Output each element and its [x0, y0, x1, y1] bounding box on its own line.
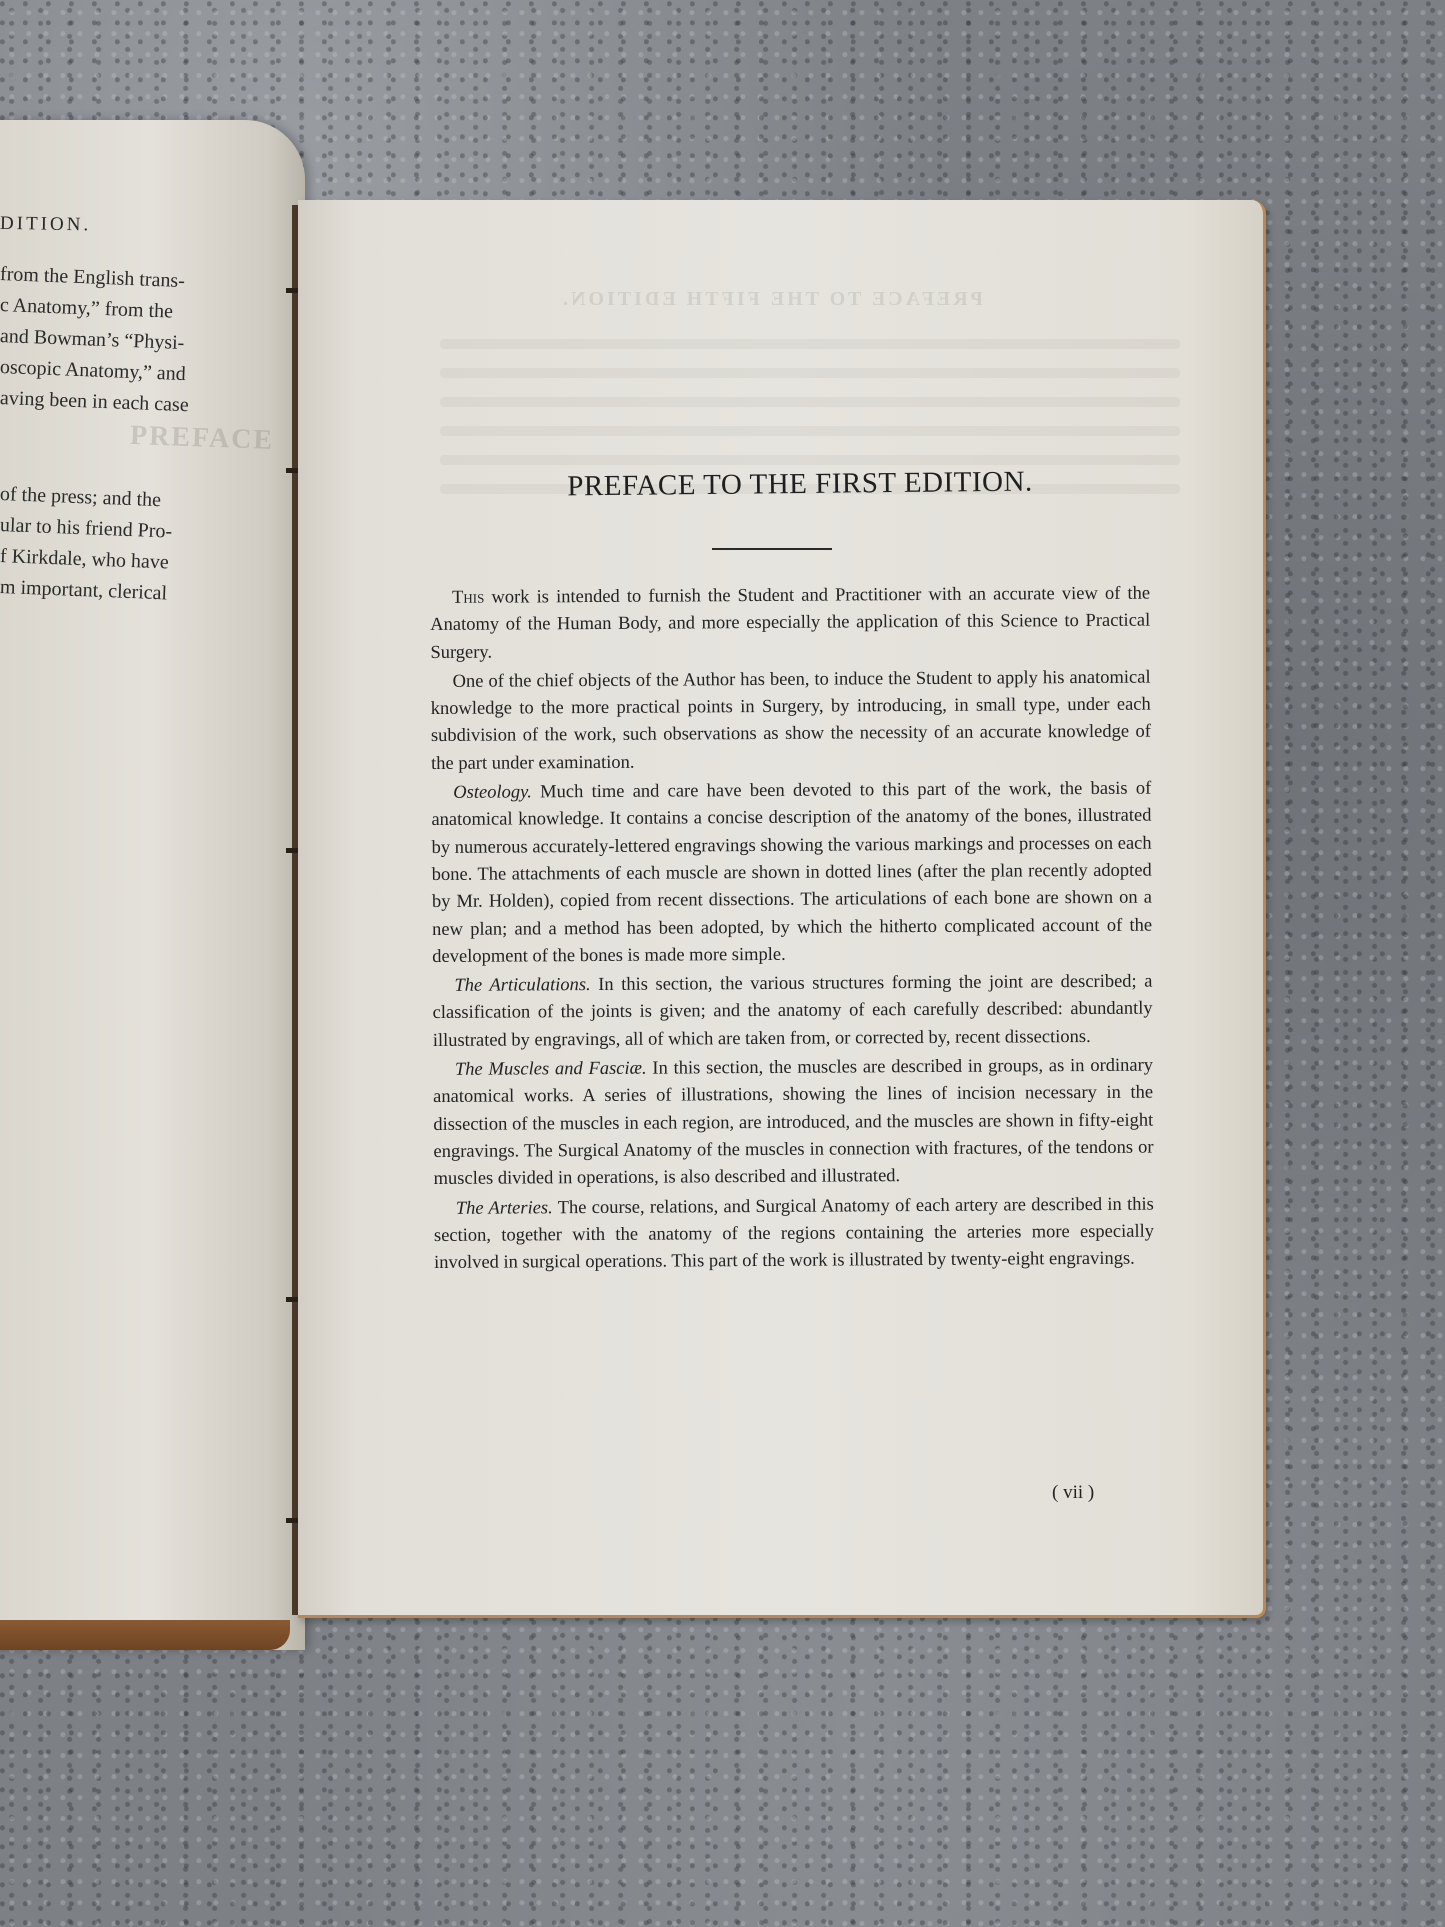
- left-page-heading: DITION.: [0, 208, 250, 243]
- bleed-through-title: PREFACE TO THE FIFTH EDITION.: [560, 288, 983, 311]
- paragraph-articulations: The Articulations. In this section, the …: [432, 969, 1152, 1055]
- preface-body: This work is intended to furnish the Stu…: [430, 581, 1154, 1280]
- paragraph-osteology: Osteology. Much time and care have been …: [431, 776, 1152, 971]
- paragraph-text: One of the chief objects of the Author h…: [431, 667, 1151, 773]
- left-page: DITION. from the English trans- c Anatom…: [0, 120, 305, 1650]
- page-number: ( vii ): [1052, 1482, 1094, 1504]
- paragraph-text: work is intended to furnish the Student …: [430, 584, 1150, 663]
- left-page-leather-edge: [0, 1620, 290, 1650]
- paragraph-objects: One of the chief objects of the Author h…: [431, 664, 1152, 778]
- left-bleed-through: PREFACE: [129, 420, 250, 455]
- paragraph-lead: This: [452, 588, 484, 608]
- paragraph-lead: The Arteries.: [456, 1198, 553, 1219]
- paragraph-lead: The Muscles and Fasciæ.: [455, 1059, 647, 1080]
- paragraph-lead: The Articulations.: [454, 975, 590, 996]
- paragraph-muscles: The Muscles and Fasciæ. In this section,…: [433, 1053, 1154, 1194]
- title-rule: [712, 548, 832, 550]
- paragraph-arteries: The Arteries. The course, relations, and…: [434, 1191, 1154, 1277]
- left-page-text: DITION. from the English trans- c Anatom…: [0, 210, 250, 603]
- paragraph-text: Much time and care have been devoted to …: [431, 779, 1152, 967]
- paragraph-lead: Osteology.: [453, 782, 532, 802]
- paragraph-intro: This work is intended to furnish the Stu…: [430, 581, 1150, 667]
